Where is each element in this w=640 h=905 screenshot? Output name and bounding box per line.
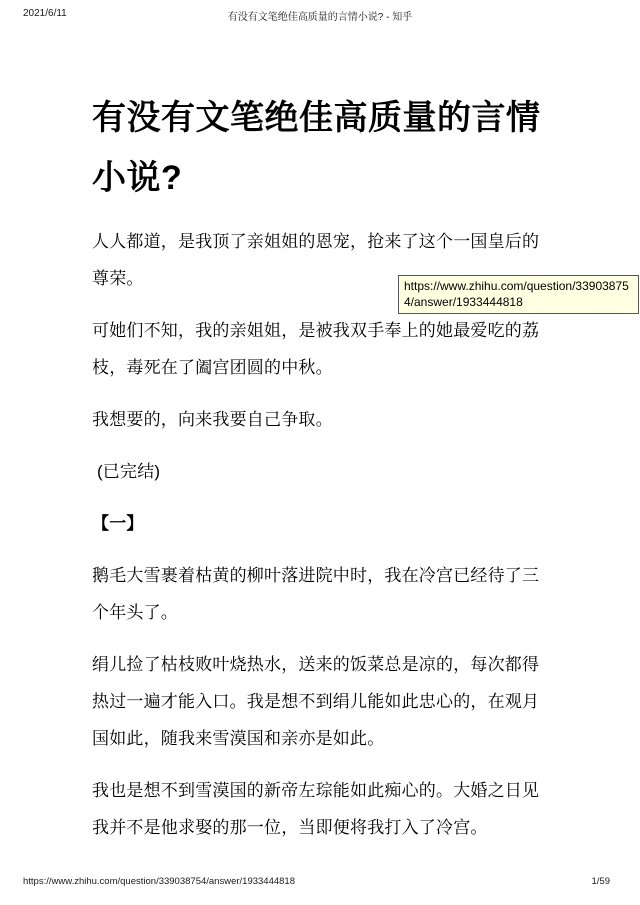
article-paragraph-3: 我想要的，向来我要自己争取。 [92, 401, 552, 438]
article: 有没有文笔绝佳高质量的言情小说? 人人都道，是我顶了亲姐姐的恩宠，抢来了这个一国… [92, 88, 552, 846]
article-paragraph-7: 绢儿捡了枯枝败叶烧热水，送来的饭菜总是凉的，每次都得热过一遍才能入口。我是想不到… [92, 646, 552, 757]
print-header: 2021/6/11 有没有文笔绝佳高质量的言情小说? - 知乎 [23, 8, 617, 22]
print-header-title: 有没有文笔绝佳高质量的言情小说? - 知乎 [23, 8, 617, 23]
link-preview-tooltip: https://www.zhihu.com/question/33903875 … [398, 275, 639, 314]
article-paragraph-4: (已完结) [92, 453, 552, 490]
footer-page-number: 1/59 [592, 876, 611, 887]
link-preview-url-line-2: 4/answer/1933444818 [404, 294, 634, 310]
footer-url: https://www.zhihu.com/question/339038754… [23, 876, 295, 887]
article-paragraph-6: 鹅毛大雪裹着枯黄的柳叶落进院中时，我在冷宫已经待了三个年头了。 [92, 557, 552, 631]
article-section-heading: 【一】 [92, 505, 552, 542]
article-paragraph-8: 我也是想不到雪漠国的新帝左琮能如此痴心的。大婚之日见我并不是他求娶的那一位，当即… [92, 772, 552, 846]
link-preview-url-line-1: https://www.zhihu.com/question/33903875 [404, 278, 634, 294]
article-paragraph-2: 可她们不知，我的亲姐姐，是被我双手奉上的她最爱吃的荔枝，毒死在了阖宫团圆的中秋。 [92, 312, 552, 386]
article-title: 有没有文笔绝佳高质量的言情小说? [92, 88, 552, 208]
